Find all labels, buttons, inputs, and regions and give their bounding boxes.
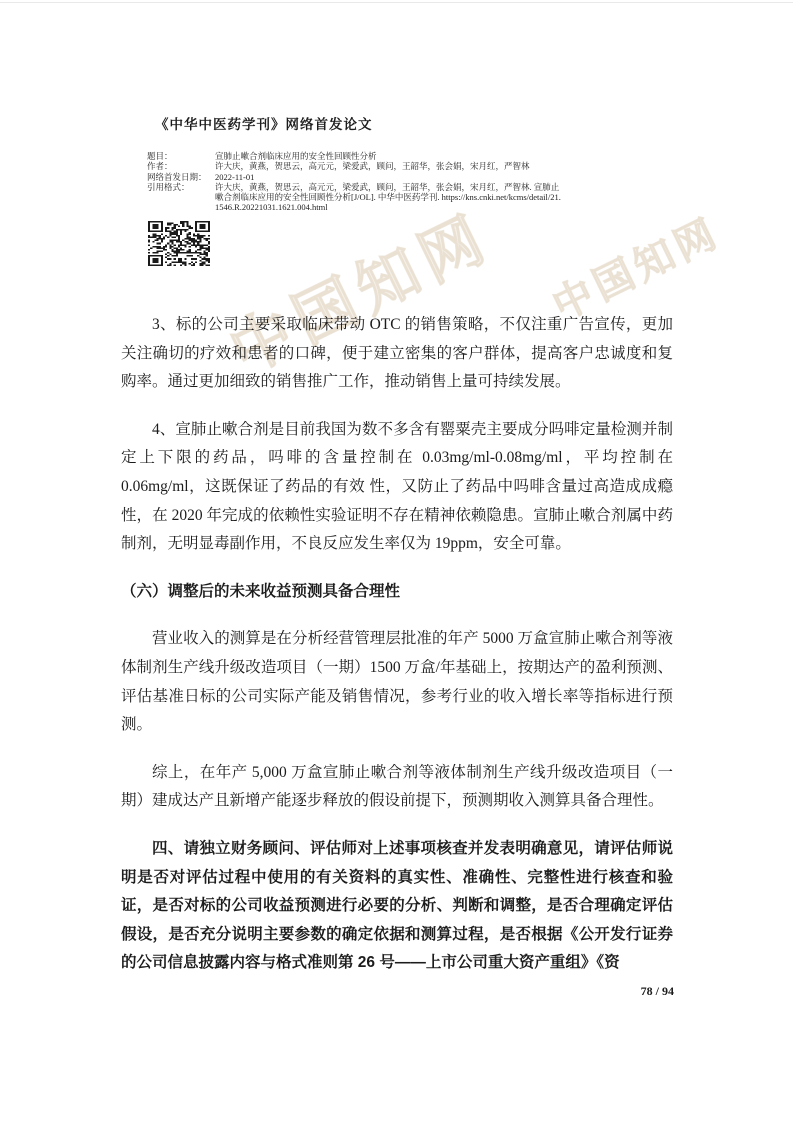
meta-label: 题目： xyxy=(147,151,215,161)
first-release-title: 《中华中医药学刊》网络首发论文 xyxy=(155,113,373,133)
body-paragraph: 综上，在年产 5,000 万盒宣肺止嗽合剂等液体制剂生产线升级改造项目（一期）建… xyxy=(121,759,673,816)
body-paragraph: 3、标的公司主要采取临床带动 OTC 的销售策略，不仅注重广告宣传，更加关注确切… xyxy=(121,311,673,397)
meta-row: 题目：宣肺止嗽合剂临床应用的安全性回顾性分析 xyxy=(147,151,577,161)
meta-value: 许大庆，黄燕，贺思云，高元元，梁爱武，顾问，王韶华，张会娟，宋月红，严智林 xyxy=(215,161,564,171)
meta-row: 网络首发日期：2022-11-01 xyxy=(147,172,577,182)
meta-label: 网络首发日期： xyxy=(147,172,215,182)
meta-value: 2022-11-01 xyxy=(215,172,564,182)
meta-label: 引用格式： xyxy=(147,182,215,192)
section-heading: （六）调整后的未来收益预测具备合理性 xyxy=(121,578,673,607)
first-release-metadata: 题目：宣肺止嗽合剂临床应用的安全性回顾性分析作者：许大庆，黄燕，贺思云，高元元，… xyxy=(147,151,577,213)
document-page: 中国知网 中国知网 《中华中医药学刊》网络首发论文 题目：宣肺止嗽合剂临床应用的… xyxy=(0,0,793,1122)
body-paragraph: 4、宣肺止嗽合剂是目前我国为数不多含有罂粟壳主要成分吗啡定量检测并制定上下限的药… xyxy=(121,416,673,559)
scan-edge-line xyxy=(0,2,793,3)
meta-row: 作者：许大庆，黄燕，贺思云，高元元，梁爱武，顾问，王韶华，张会娟，宋月红，严智林 xyxy=(147,161,577,171)
meta-value: 许大庆，黄燕，贺思云，高元元，梁爱武，顾问，王韶华，张会娟，宋月红，严智林. 宣… xyxy=(215,182,564,213)
page-number: 78 / 94 xyxy=(0,984,674,999)
body-paragraph: 营业收入的测算是在分析经营管理层批准的年产 5000 万盒宣肺止嗽合剂等液体制剂… xyxy=(121,625,673,739)
qr-code-icon xyxy=(148,221,210,266)
meta-value: 宣肺止嗽合剂临床应用的安全性回顾性分析 xyxy=(215,151,564,161)
body-paragraph: 四、请独立财务顾问、评估师对上述事项核查并发表明确意见，请评估师说明是否对评估过… xyxy=(121,835,673,978)
meta-label: 作者： xyxy=(147,161,215,171)
meta-row: 引用格式：许大庆，黄燕，贺思云，高元元，梁爱武，顾问，王韶华，张会娟，宋月红，严… xyxy=(147,182,577,213)
document-body: 3、标的公司主要采取临床带动 OTC 的销售策略，不仅注重广告宣传，更加关注确切… xyxy=(121,311,673,978)
